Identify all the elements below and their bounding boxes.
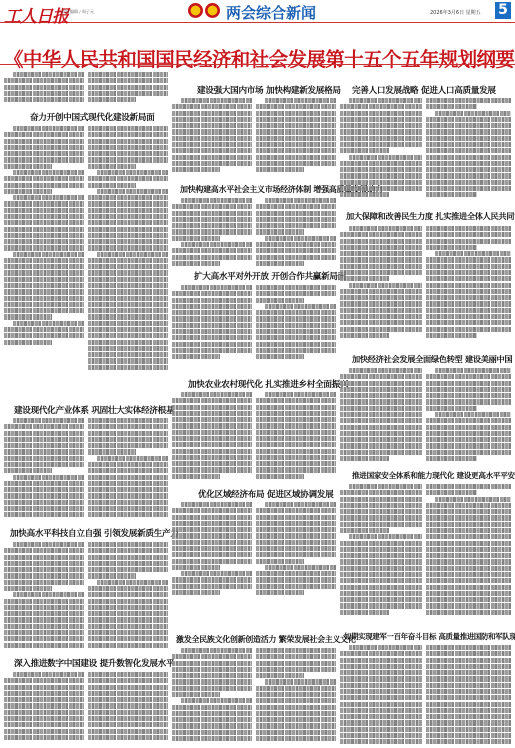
section-heading: 建设强大国内市场 加快构建新发展格局 xyxy=(197,84,341,96)
section-heading: 推进国家安全体系和能力现代化 建设更高水平平安中国 xyxy=(352,470,515,481)
section-heading: 奋力开创中国式现代化建设新局面 xyxy=(30,111,154,123)
section-heading: 优化区域经济布局 促进区域协调发展 xyxy=(198,488,333,500)
section-body xyxy=(172,502,252,602)
section-heading: 加大保障和改善民生力度 扎实推进全体人民共同富裕 xyxy=(346,211,515,222)
title-divider xyxy=(0,64,515,65)
section-body xyxy=(256,648,336,746)
section-body xyxy=(4,542,84,652)
section-body xyxy=(256,98,336,178)
intro-text-continued xyxy=(88,72,168,106)
section-body xyxy=(172,98,252,178)
section-title: 两会综合新闻 xyxy=(226,2,316,23)
section-body xyxy=(256,198,336,270)
national-emblem-icon xyxy=(188,3,203,18)
issue-date: 2026年3月6日 星期五 xyxy=(430,9,481,16)
section-body xyxy=(256,502,336,602)
section-heading: 如期实现建军一百年奋斗目标 高质量推进国防和军队现代化 xyxy=(344,631,515,642)
section-heading: 加快农业农村现代化 扎实推进乡村全面振兴 xyxy=(188,378,348,390)
section-body xyxy=(340,368,422,464)
section-body xyxy=(172,285,252,367)
section-body xyxy=(426,484,511,622)
section-heading: 加快高水平科技自立自强 引领发展新质生产力 xyxy=(10,527,179,539)
section-body xyxy=(340,98,422,206)
section-heading: 扩大高水平对外开放 开创合作共赢新局面 xyxy=(194,270,346,282)
section-body xyxy=(4,126,84,348)
cppcc-emblem-icon xyxy=(205,3,220,18)
article-title-text: 《中华人民共和国国民经济和社会发展第十五个五年规划纲要(草案)》 xyxy=(4,48,515,71)
section-body xyxy=(426,368,511,464)
section-body xyxy=(426,98,511,206)
section-heading: 深入推进数字中国建设 提升数智化发展水平 xyxy=(14,657,174,669)
section-body xyxy=(340,484,422,622)
section-body xyxy=(340,645,422,746)
section-body xyxy=(88,542,168,652)
section-body xyxy=(88,418,168,523)
masthead: 工人日报 责任编辑 / 周子元 两会综合新闻 2026年3月6日 星期五 5 xyxy=(0,0,515,23)
intro-text xyxy=(4,72,84,106)
section-body xyxy=(426,645,511,746)
section-body xyxy=(172,392,252,482)
section-heading: 加快经济社会发展全面绿色转型 建设美丽中国 xyxy=(352,354,512,365)
section-body xyxy=(4,418,84,523)
section-body xyxy=(172,198,252,270)
section-body xyxy=(88,672,168,746)
emblems xyxy=(188,3,220,18)
section-heading: 完善人口发展战略 促进人口高质量发展 xyxy=(352,84,496,96)
section-body xyxy=(88,126,168,374)
section-heading: 建设现代化产业体系 巩固壮大实体经济根基 xyxy=(14,404,174,416)
page-number: 5 xyxy=(495,2,511,19)
article-title: 《中华人民共和国国民经济和社会发展第十五个五年规划纲要(草案)》(摘要) xyxy=(4,44,515,72)
section-body xyxy=(426,226,511,344)
editor-credit: 责任编辑 / 周子元 xyxy=(62,9,94,15)
section-body xyxy=(256,285,336,367)
section-body xyxy=(340,226,422,344)
newspaper-logo: 工人日报 xyxy=(4,2,68,27)
section-body xyxy=(256,392,336,482)
section-body xyxy=(4,672,84,746)
section-body xyxy=(172,648,252,746)
section-heading: 激发全民族文化创新创造活力 繁荣发展社会主义文化 xyxy=(176,634,356,645)
